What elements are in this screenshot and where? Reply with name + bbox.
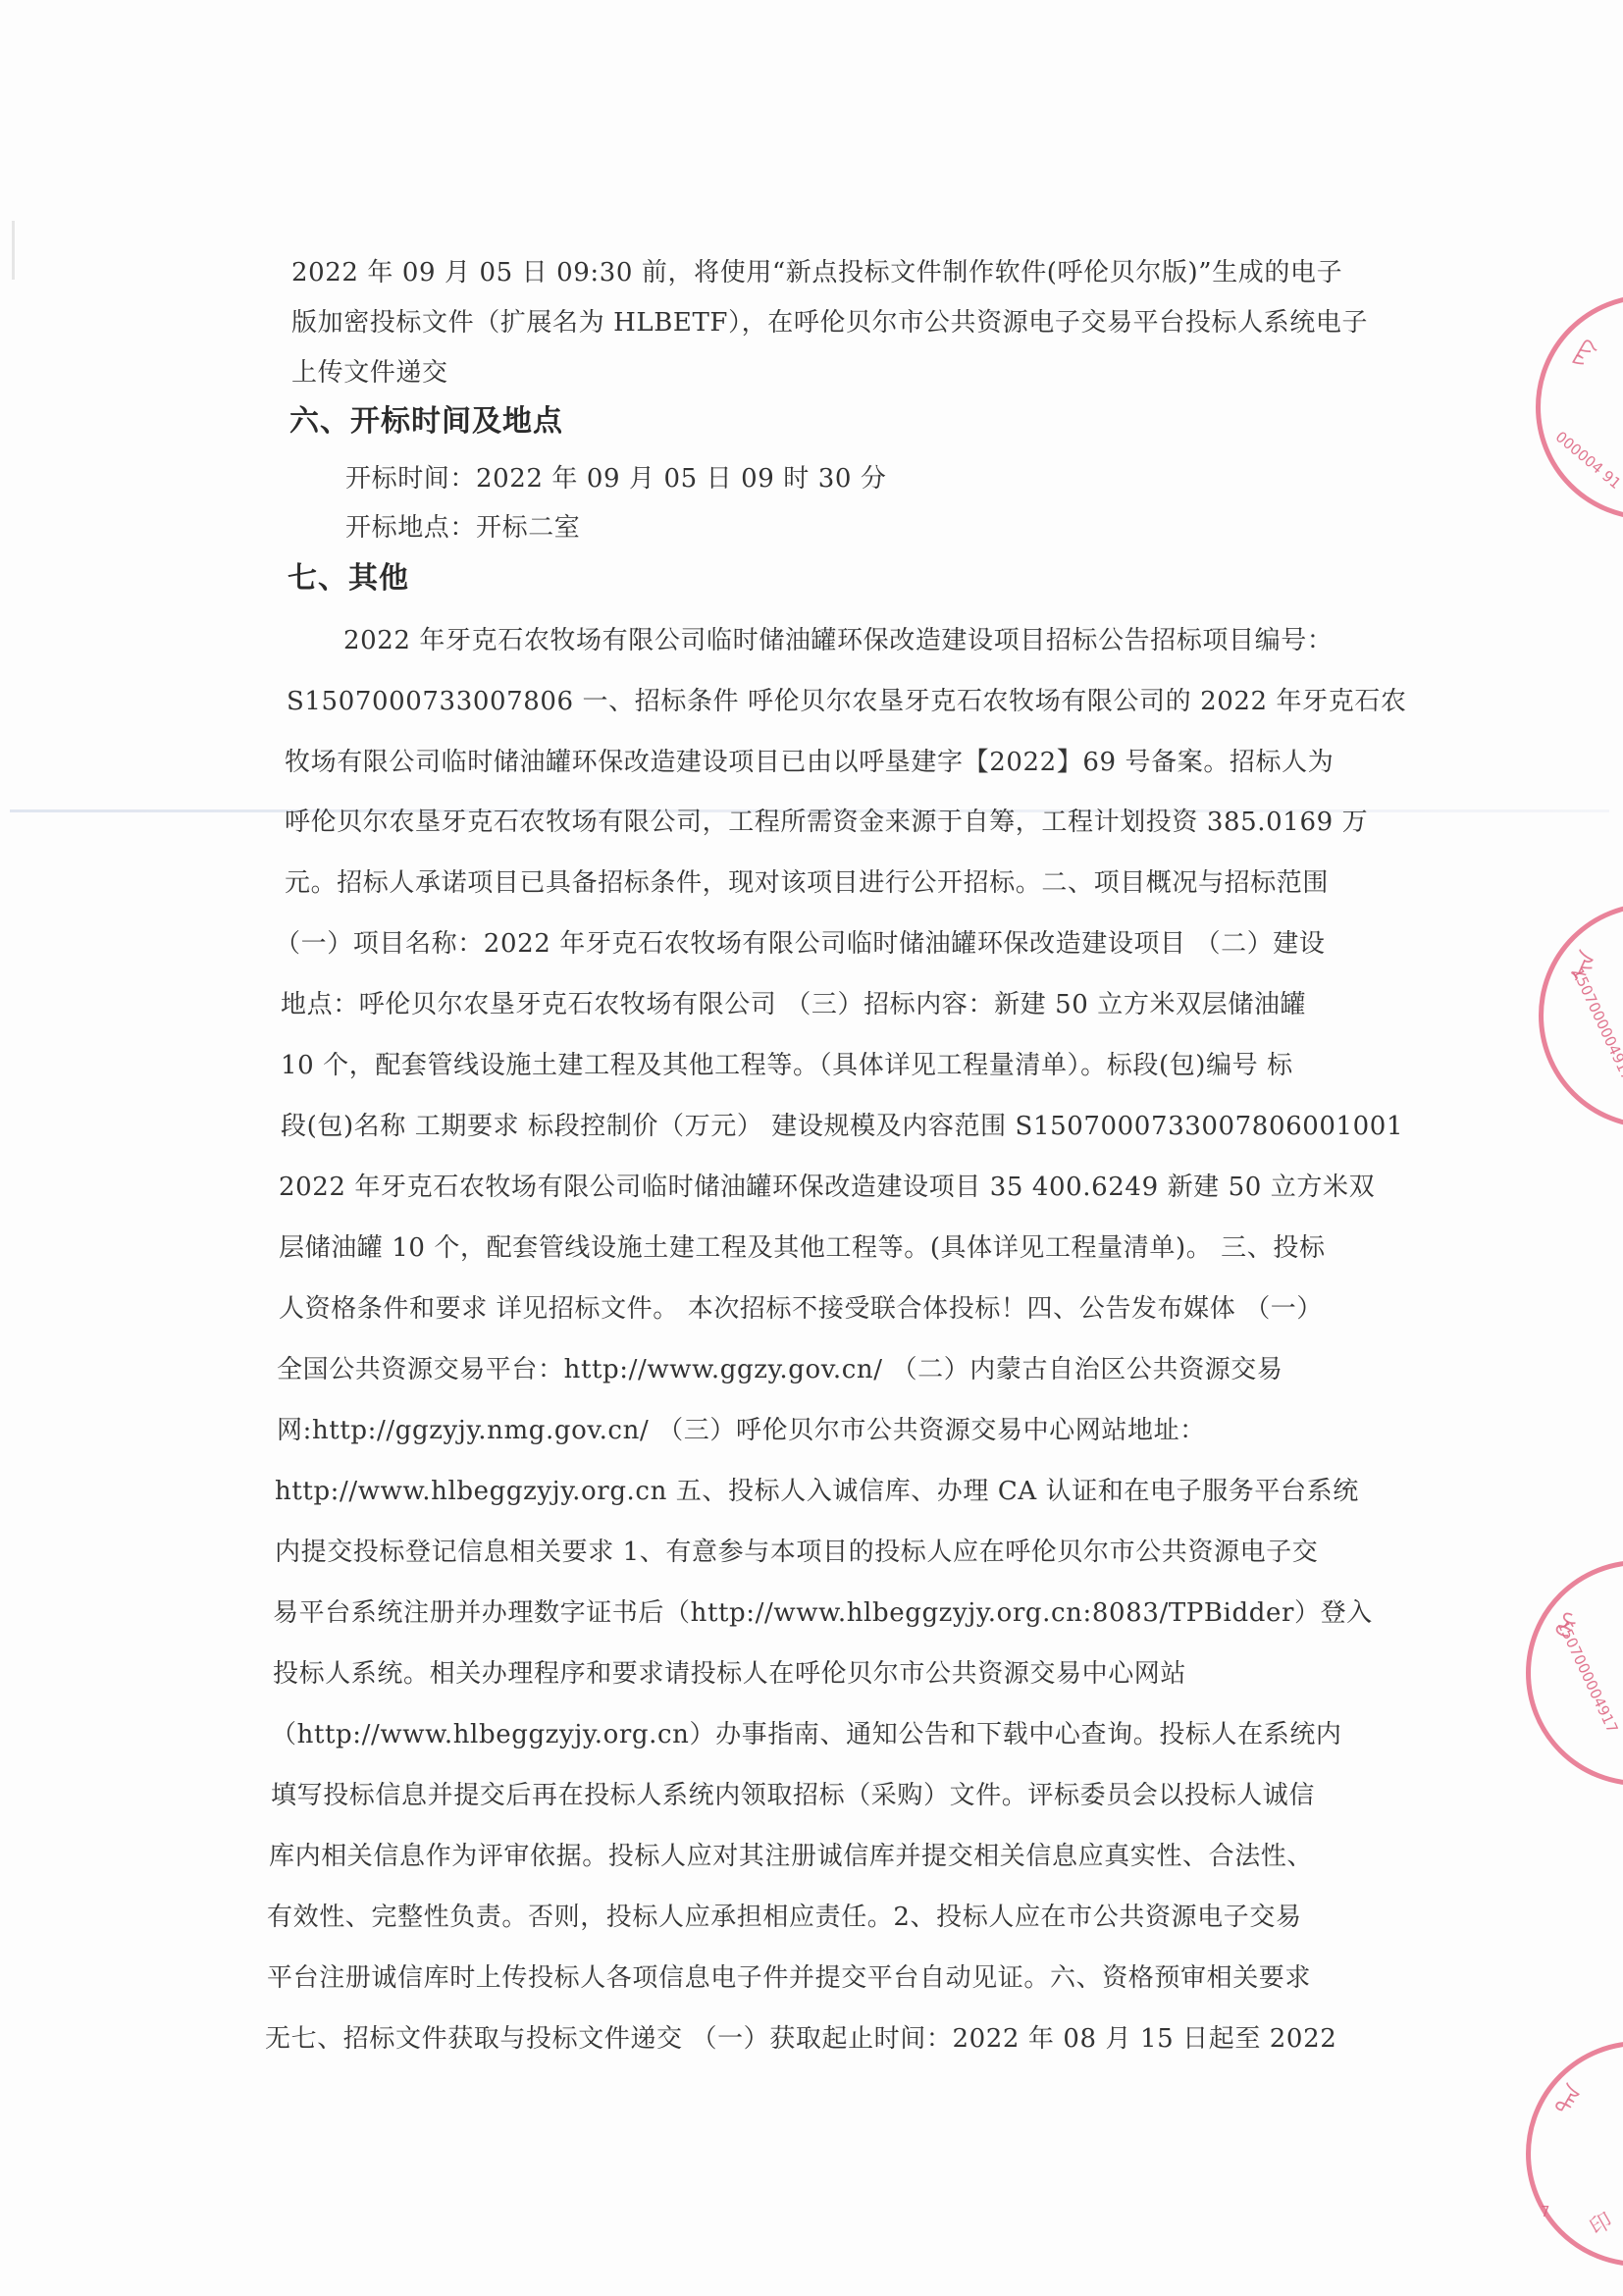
section-heading-six: 六、开标时间及地点 — [289, 404, 563, 440]
red-seal-stamp: ᠳᠠᠨ 印 7 — [1526, 2041, 1623, 2267]
paragraph-line: 2022 年 09 月 05 日 09:30 前，将使用“新点投标文件制作软件(… — [291, 257, 1342, 288]
red-seal-stamp: ᠵᠡᠭ 000004 91 — [1536, 294, 1623, 520]
paragraph-line: 无七、招标文件获取与投标文件递交 （一）获取起止时间：2022 年 08 月 1… — [265, 2023, 1336, 2055]
paragraph-line: 2022 年牙克石农牧场有限公司临时储油罐环保改造建设项目招标公告招标项目编号： — [343, 625, 1333, 656]
paragraph-line: 牧场有限公司临时储油罐环保改造建设项目已由以呼垦建字【2022】69 号备案。招… — [285, 747, 1334, 778]
paragraph-line: 2022 年牙克石农牧场有限公司临时储油罐环保改造建设项目 35 400.624… — [279, 1172, 1375, 1203]
scanned-page: 2022 年 09 月 05 日 09:30 前，将使用“新点投标文件制作软件(… — [0, 0, 1623, 2296]
paragraph-line: 投标人系统。相关办理程序和要求请投标人在呼伦贝尔市公共资源交易中心网站 — [273, 1658, 1186, 1690]
paragraph-line: （一）项目名称：2022 年牙克石农牧场有限公司临时储油罐环保改造建设项目 （二… — [275, 928, 1326, 960]
paragraph-line: 平台注册诚信库时上传投标人各项信息电子件并提交平台自动见证。六、资格预审相关要求 — [267, 1962, 1311, 1994]
paragraph-line: 全国公共资源交易平台：http://www.ggzy.gov.cn/ （二）内蒙… — [277, 1354, 1283, 1385]
paragraph-line: 人资格条件和要求 详见招标文件。 本次招标不接受联合体投标！四、公告发布媒体 （… — [279, 1293, 1323, 1325]
opening-location: 开标地点：开标二室 — [345, 512, 580, 544]
paragraph-line: 10 个，配套管线设施土建工程及其他工程等。（具体详见工程量清单）。标段(包)编… — [281, 1050, 1293, 1081]
paragraph-line: http://www.hlbeggzyjy.org.cn 五、投标人入诚信库、办… — [275, 1476, 1359, 1507]
section-heading-seven: 七、其他 — [288, 561, 409, 597]
paragraph-line: 填写投标信息并提交后再在投标人系统内领取招标（采购）文件。评标委员会以投标人诚信 — [271, 1780, 1315, 1811]
paragraph-line: 层储油罐 10 个，配套管线设施土建工程及其他工程等。(具体详见工程量清单)。 … — [279, 1232, 1326, 1264]
paragraph-line: S1507000733007806 一、招标条件 呼伦贝尔农垦牙克石农牧场有限公… — [287, 686, 1407, 717]
paragraph-line: （http://www.hlbeggzyjy.org.cn）办事指南、通知公告和… — [271, 1719, 1342, 1750]
paragraph-line: 地点：呼伦贝尔农垦牙克石农牧场有限公司 （三）招标内容：新建 50 立方米双层储… — [281, 989, 1306, 1020]
scan-edge-mark — [12, 221, 15, 280]
paragraph-line: 段(包)名称 工期要求 标段控制价（万元） 建设规模及内容范围 S1507000… — [281, 1111, 1403, 1142]
paragraph-line: 易平台系统注册并办理数字证书后（http://www.hlbeggzyjy.or… — [273, 1597, 1373, 1629]
paragraph-line: 有效性、完整性负责。否则，投标人应承担相应责任。2、投标人应在市公共资源电子交易 — [267, 1902, 1302, 1933]
paragraph-line: 网:http://ggzyjy.nmg.gov.cn/ （三）呼伦贝尔市公共资源… — [277, 1415, 1206, 1446]
paragraph-line: 上传文件递交 — [291, 357, 448, 389]
paragraph-line: 元。招标人承诺项目已具备招标条件，现对该项目进行公开招标。二、项目概况与招标范围 — [285, 867, 1329, 899]
opening-time: 开标时间：2022 年 09 月 05 日 09 时 30 分 — [345, 463, 887, 495]
paragraph-line: 库内相关信息作为评审依据。投标人应对其注册诚信库并提交相关信息应真实性、合法性、 — [269, 1841, 1313, 1872]
red-seal-stamp: ᠰᠢᠨ 1507000004917 — [1539, 903, 1623, 1128]
red-seal-stamp: ᠬᠡᠷ 1507000004917 — [1526, 1560, 1623, 1786]
paragraph-line: 内提交投标登记信息相关要求 1、有意参与本项目的投标人应在呼伦贝尔市公共资源电子… — [275, 1537, 1318, 1568]
paragraph-line: 呼伦贝尔农垦牙克石农牧场有限公司，工程所需资金来源于自筹，工程计划投资 385.… — [285, 807, 1368, 838]
paragraph-line: 版加密投标文件（扩展名为 HLBETF），在呼伦贝尔市公共资源电子交易平台投标人… — [291, 307, 1368, 339]
